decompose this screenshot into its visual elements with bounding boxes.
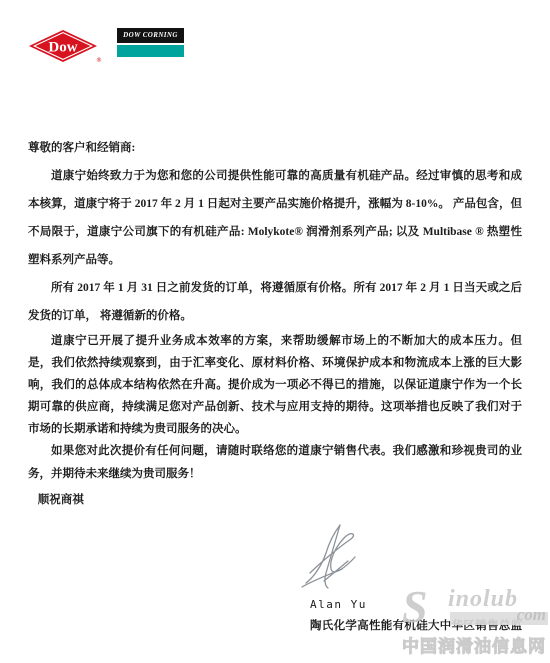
paragraph-price-increase: 道康宁始终致力于为您和您的公司提供性能可靠的高质量有机硅产品。经过审慎的思考和成… xyxy=(28,162,522,274)
watermark-caption: 中国润滑油信息网 xyxy=(402,632,546,657)
paragraph-contact: 如果您对此次提价有任何问题，请随时联络您的道康宁销售代表。我们感激和珍视贵司的业… xyxy=(28,440,522,486)
dow-diamond-icon: Dow xyxy=(28,29,98,63)
signature-name: Alan Yu xyxy=(310,598,367,611)
dow-registered-mark: ® xyxy=(96,57,102,64)
signature-title: 陶氏化学高性能有机硅大中华区销售总监 xyxy=(310,617,522,633)
letter-body: 尊敬的客户和经销商: 道康宁始终致力于为您和您的公司提供性能可靠的高质量有机硅产… xyxy=(28,134,522,514)
watermark-script: inolub xyxy=(448,587,518,611)
closing-salute: 顺祝商祺 xyxy=(28,486,522,514)
dow-wordmark: Dow xyxy=(48,40,77,56)
letter-page: Dow ® DOW CORNING 尊敬的客户和经销商: 道康宁始终致力于为您和… xyxy=(0,0,550,663)
dow-corning-logo: DOW CORNING xyxy=(117,28,184,57)
dow-corning-teal-bar xyxy=(117,45,184,57)
salutation: 尊敬的客户和经销商: xyxy=(28,134,522,162)
dow-corning-wordmark: DOW CORNING xyxy=(117,28,184,43)
signature-scribble xyxy=(298,523,370,591)
dow-logo: Dow ® xyxy=(28,29,98,63)
paragraph-cost-explanation: 道康宁已开展了提升业务成本效率的方案，来帮助缓解市场上的不断加大的成本压力。但是… xyxy=(28,330,522,440)
paragraph-order-terms: 所有 2017 年 1 月 31 日之前发货的订单，将遵循原有价格。所有 201… xyxy=(28,274,522,330)
